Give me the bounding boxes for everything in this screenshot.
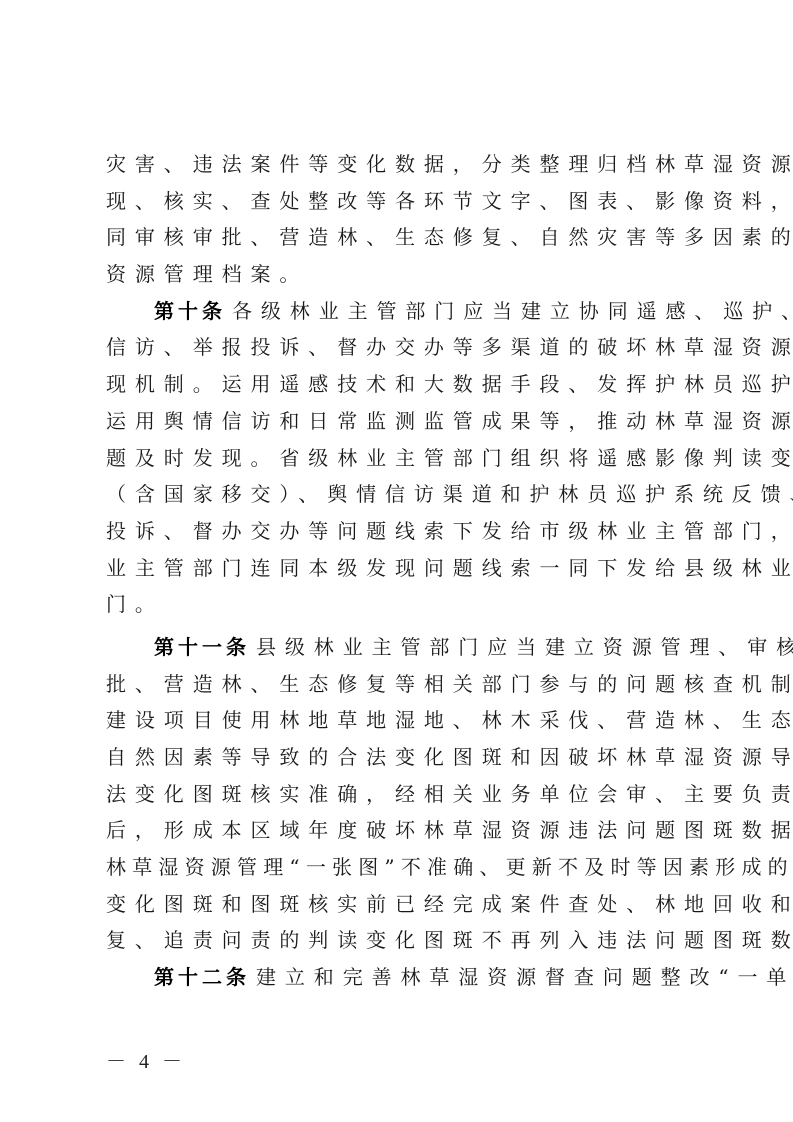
article-10: 第十条各级林业主管部门应当建立协同遥感、巡护、舆情 信访、举报投诉、督办交办等多… xyxy=(106,293,690,623)
text-line: 第十条各级林业主管部门应当建立协同遥感、巡护、舆情 xyxy=(106,293,690,330)
text-line: 现、核实、查处整改等各环节文字、图表、影像资料，建立协 xyxy=(106,183,690,220)
text-line: 变化图斑和图斑核实前已经完成案件查处、林地回收和生态修 xyxy=(106,886,690,923)
article-number: 第十条 xyxy=(154,299,226,323)
text-line: 自然因素等导致的合法变化图斑和因破坏林草湿资源导致的违 xyxy=(106,739,690,776)
text-line: 信访、举报投诉、督办交办等多渠道的破坏林草湿资源问题发 xyxy=(106,329,690,366)
text-line: （含国家移交）、舆情信访渠道和护林员巡护系统反馈、举报 xyxy=(106,476,690,513)
text-line: 灾害、违法案件等变化数据，分类整理归档林草湿资源督查发 xyxy=(106,146,690,183)
text-line: 资源管理档案。 xyxy=(106,256,690,293)
article-number: 第十一条 xyxy=(154,635,250,659)
text-line: 法变化图斑核实准确，经相关业务单位会审、主要负责人确认 xyxy=(106,776,690,813)
text-span: 建立和完善林草湿资源督查问题整改“一单四 xyxy=(256,965,793,989)
text-line: 现机制。运用遥感技术和大数据手段、发挥护林员巡护优势、 xyxy=(106,366,690,403)
article-number: 第十二条 xyxy=(154,965,250,989)
text-line: 复、追责问责的判读变化图斑不再列入违法问题图斑数据库。 xyxy=(106,922,690,959)
document-body: 灾害、违法案件等变化数据，分类整理归档林草湿资源督查发 现、核实、查处整改等各环… xyxy=(106,146,690,996)
text-line: 业主管部门连同本级发现问题线索一同下发给县级林业主管部 xyxy=(106,550,690,587)
article-11: 第十一条县级林业主管部门应当建立资源管理、审核审 批、营造林、生态修复等相关部门… xyxy=(106,629,690,959)
text-line: 后，形成本区域年度破坏林草湿资源违法问题图斑数据库。因 xyxy=(106,812,690,849)
text-span: 县级林业主管部门应当建立资源管理、审核审 xyxy=(256,635,793,659)
text-line: 第十二条建立和完善林草湿资源督查问题整改“一单四 xyxy=(106,959,690,996)
paragraph-continuation: 灾害、违法案件等变化数据，分类整理归档林草湿资源督查发 现、核实、查处整改等各环… xyxy=(106,146,690,293)
text-line: 门。 xyxy=(106,586,690,623)
article-12: 第十二条建立和完善林草湿资源督查问题整改“一单四 xyxy=(106,959,690,996)
text-line: 运用舆情信访和日常监测监管成果等，推动林草湿资源违法问 xyxy=(106,403,690,440)
text-span: 各级林业主管部门应当建立协同遥感、巡护、舆情 xyxy=(232,299,793,323)
text-line: 投诉、督办交办等问题线索下发给市级林业主管部门，市级林 xyxy=(106,513,690,550)
page-number: － 4 － xyxy=(106,1045,186,1074)
text-line: 题及时发现。省级林业主管部门组织将遥感影像判读变化图斑 xyxy=(106,440,690,477)
text-line: 同审核审批、营造林、生态修复、自然灾害等多因素的林草湿 xyxy=(106,219,690,256)
text-line: 林草湿资源管理“一张图”不准确、更新不及时等因素形成的判读 xyxy=(106,849,690,886)
text-line: 第十一条县级林业主管部门应当建立资源管理、审核审 xyxy=(106,629,690,666)
text-line: 建设项目使用林地草地湿地、林木采伐、营造林、生态修复、 xyxy=(106,702,690,739)
text-line: 批、营造林、生态修复等相关部门参与的问题核查机制，将因 xyxy=(106,666,690,703)
